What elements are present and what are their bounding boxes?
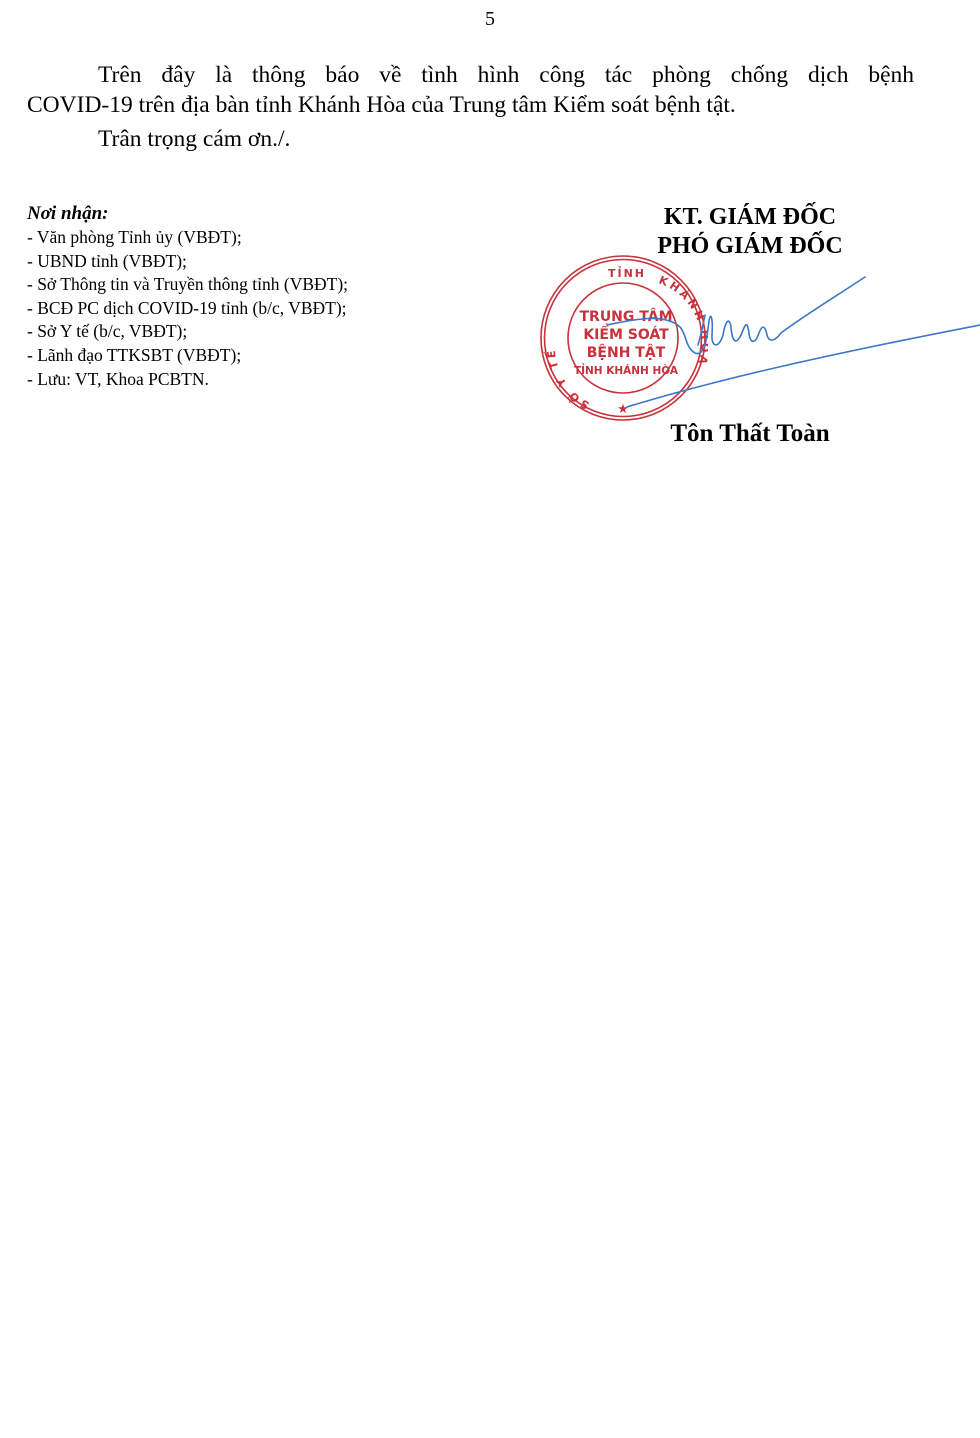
recipients-list: Nơi nhận: - Văn phòng Tỉnh ủy (VBĐT); - … <box>27 202 457 391</box>
recipient-item: - Lãnh đạo TTKSBT (VBĐT); <box>27 344 457 368</box>
body-paragraph: Trên đây là thông báo về tình hình công … <box>27 60 914 120</box>
body-paragraph-line-1: Trên đây là thông báo về tình hình công … <box>27 60 914 90</box>
signature-title-line-1: KT. GIÁM ĐỐC <box>560 203 940 232</box>
recipient-item: - BCĐ PC dịch COVID-19 tỉnh (b/c, VBĐT); <box>27 297 457 321</box>
svg-text:SỞ Y TẾ: SỞ Y TẾ <box>543 347 592 412</box>
signer-name: Tôn Thất Toàn <box>560 419 940 449</box>
handwritten-signature-icon <box>595 275 980 415</box>
recipient-item: - Sở Thông tin và Truyền thông tỉnh (VBĐ… <box>27 273 457 297</box>
recipient-item: - Sở Y tế (b/c, VBĐT); <box>27 320 457 344</box>
recipients-title: Nơi nhận: <box>27 202 457 226</box>
recipient-item: - UBND tỉnh (VBĐT); <box>27 250 457 274</box>
closing-text: Trân trọng cám ơn./. <box>98 124 498 154</box>
page-number: 5 <box>0 6 980 32</box>
recipient-item: - Văn phòng Tỉnh ủy (VBĐT); <box>27 226 457 250</box>
stamp-outer-text-left: SỞ Y TẾ <box>543 347 592 412</box>
body-paragraph-line-2: COVID-19 trên địa bàn tỉnh Khánh Hòa của… <box>27 90 914 120</box>
recipient-item: - Lưu: VT, Khoa PCBTN. <box>27 368 457 392</box>
